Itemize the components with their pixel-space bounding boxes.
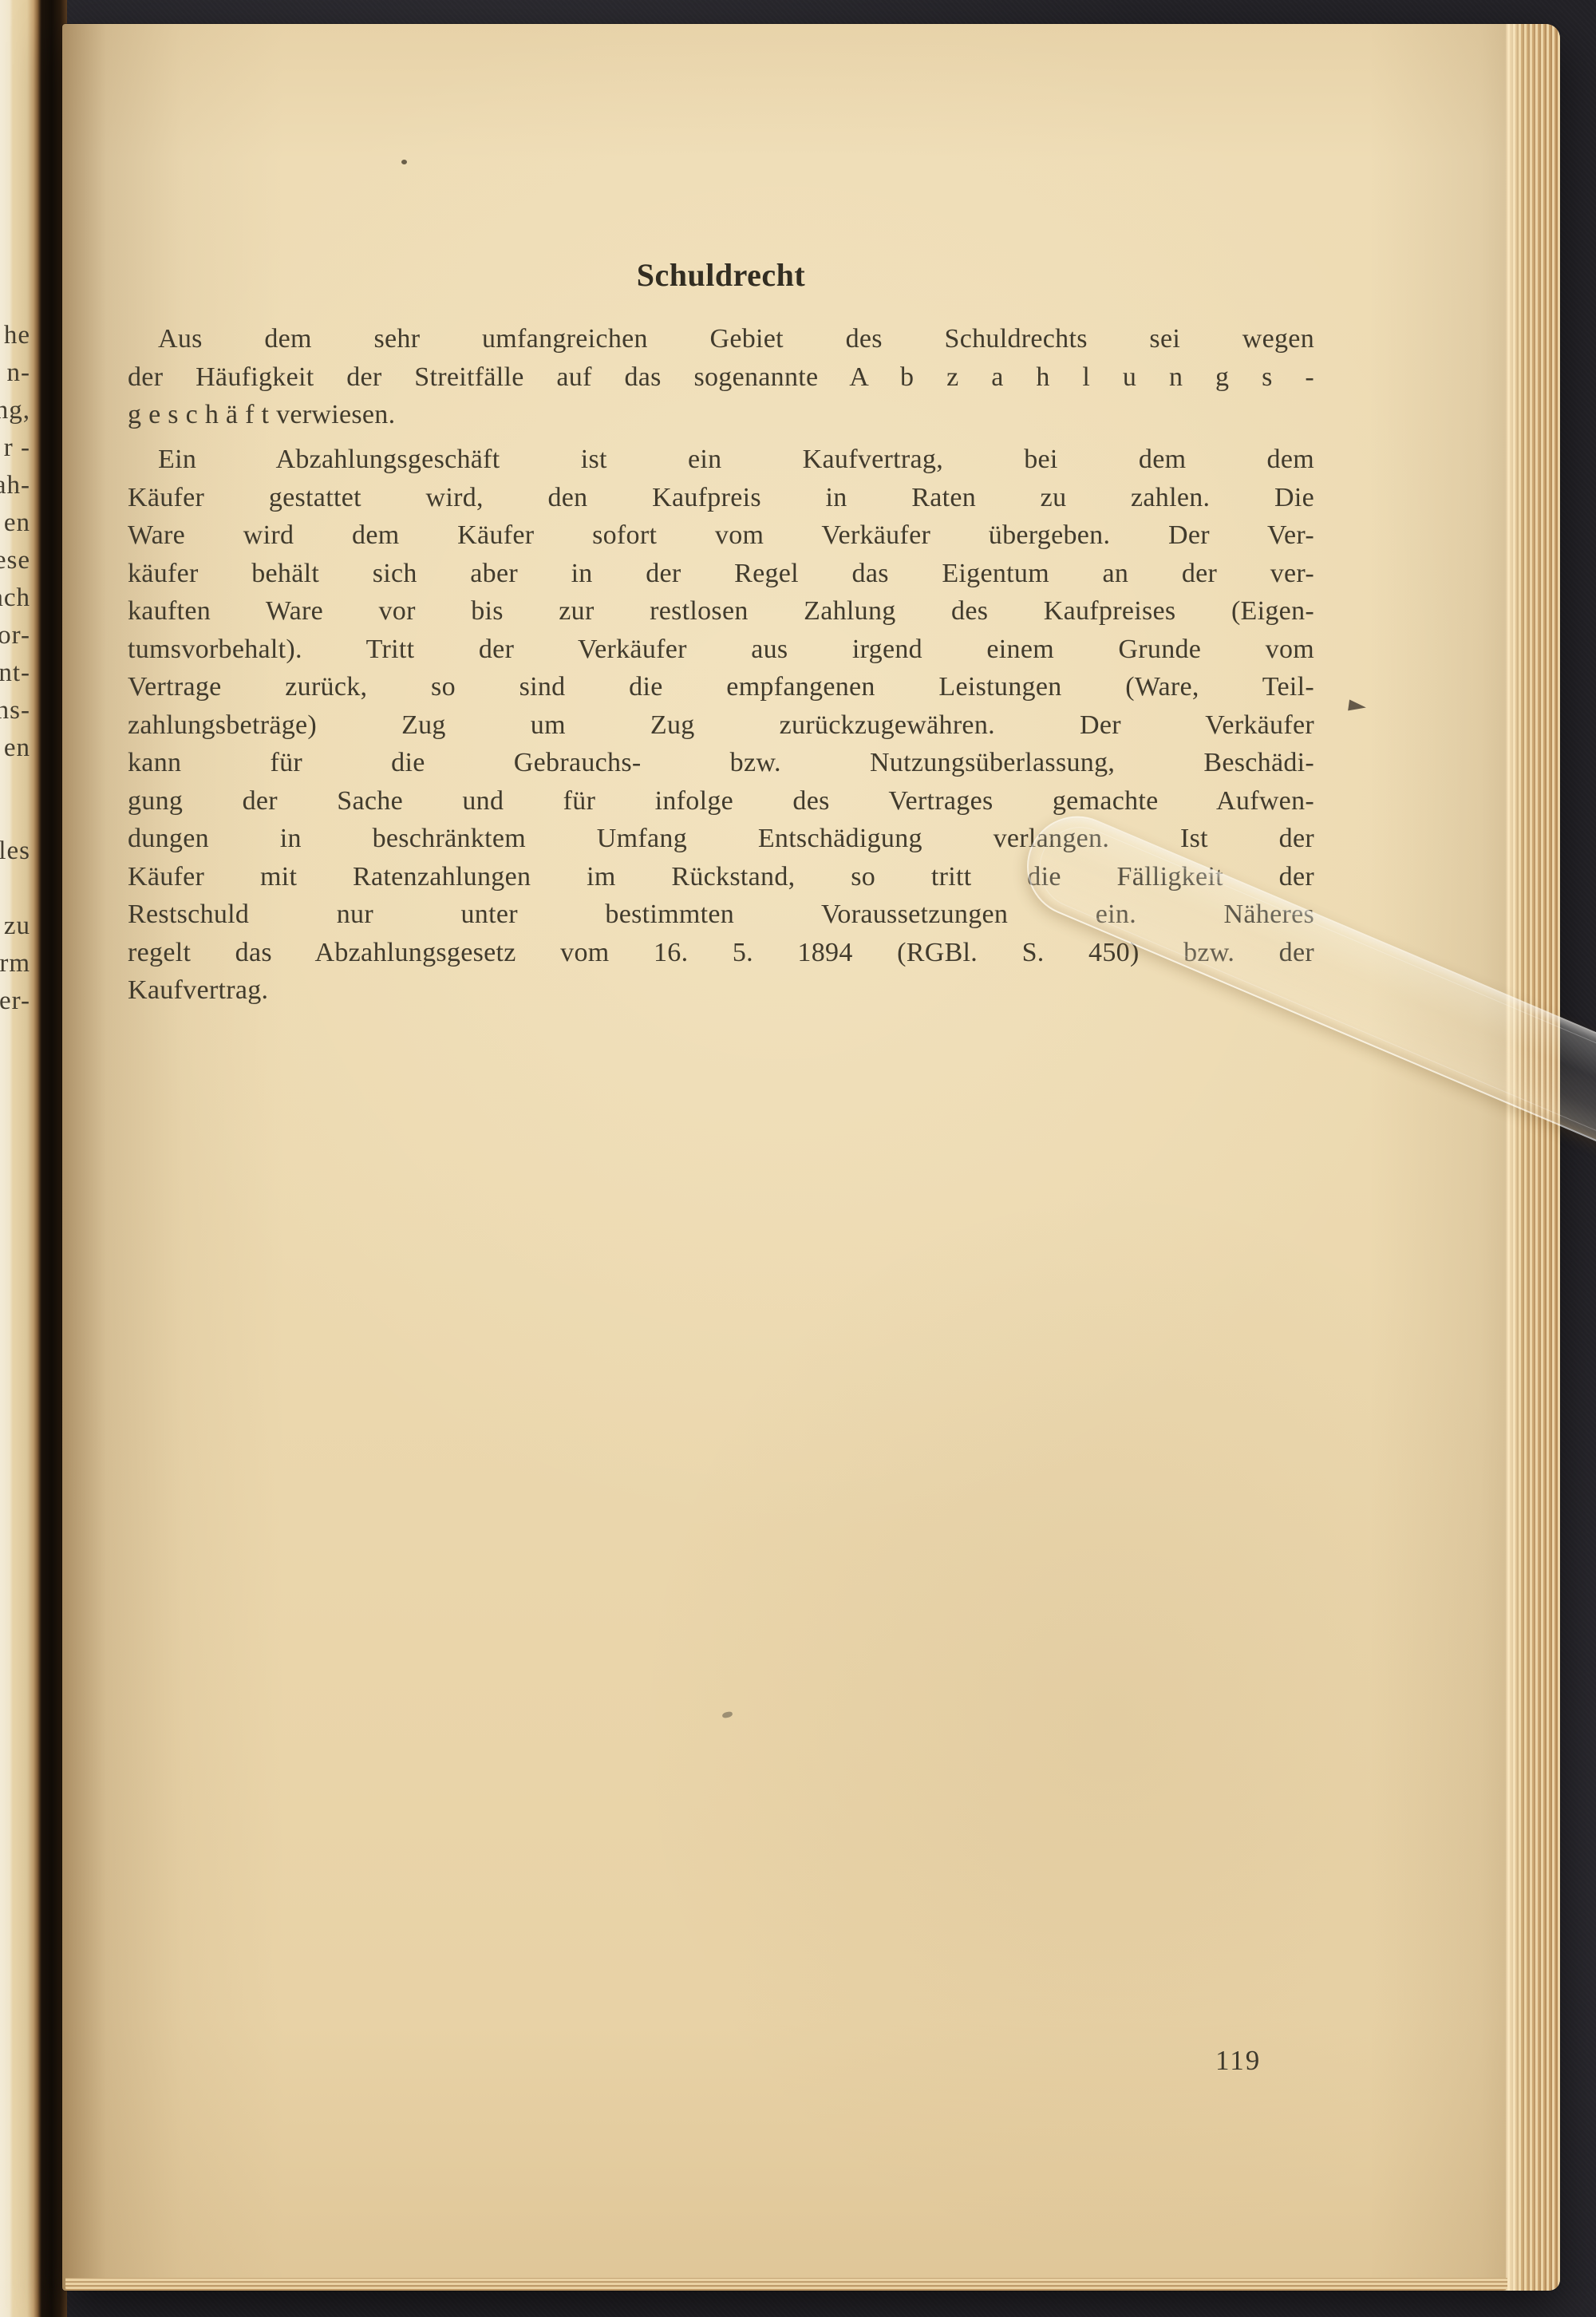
gutter-text-fragment: rm bbox=[0, 947, 30, 979]
text-line: tumsvorbehalt). Tritt der Verkäufer aus … bbox=[128, 631, 1314, 669]
paper-speck bbox=[721, 1710, 733, 1718]
gutter-text-fragment: ns- bbox=[0, 694, 30, 726]
text-line: käufer behält sich aber in der Regel das… bbox=[128, 555, 1314, 593]
page-fore-edge bbox=[1506, 24, 1560, 2291]
adjacent-page-edge: he n- ng, r - ah- en ese ach or- nt- ns-… bbox=[0, 0, 41, 2317]
ink-mark bbox=[1348, 700, 1367, 714]
text-line: Ware wird dem Käufer sofort vom Verkäufe… bbox=[128, 516, 1314, 555]
text-line: kann für die Gebrauchs- bzw. Nutzungsübe… bbox=[128, 744, 1314, 782]
text-line: Aus dem sehr umfangreichen Gebiet des Sc… bbox=[128, 320, 1314, 358]
text-line: Kaufvertrag. bbox=[128, 971, 1314, 1010]
text-line: zahlungsbeträge) Zug um Zug zurückzugewä… bbox=[128, 706, 1314, 745]
gutter-text-fragment: zu bbox=[4, 910, 30, 942]
gutter-text-fragment: or- bbox=[0, 619, 30, 651]
gutter-text-fragment: en bbox=[4, 732, 30, 764]
gutter-text-fragment: he bbox=[4, 319, 30, 351]
gutter-text-fragment: ng, bbox=[0, 394, 30, 426]
text-line: Ein Abzahlungsgeschäft ist ein Kaufvertr… bbox=[128, 441, 1314, 479]
book-page: Schuldrecht Aus dem sehr umfangreichen G… bbox=[62, 24, 1560, 2291]
section-heading: Schuldrecht bbox=[128, 256, 1314, 295]
text-line: gung der Sache und für infolge des Vertr… bbox=[128, 782, 1314, 820]
gutter-text-fragment: les bbox=[0, 835, 30, 867]
text-line: g e s c h ä f t verwiesen. bbox=[128, 396, 1314, 434]
gutter-text-fragment: ah- bbox=[0, 469, 30, 501]
text-line: Vertrage zurück, so sind die empfangenen… bbox=[128, 668, 1314, 706]
photo-of-book-page: { "page": { "title": "Schuldrecht", "pag… bbox=[0, 0, 1596, 2317]
text-line: Käufer gestattet wird, den Kaufpreis in … bbox=[128, 479, 1314, 517]
gutter-text-fragment: er- bbox=[0, 985, 30, 1017]
page-number: 119 bbox=[1215, 2045, 1261, 2077]
gutter-text-fragment: en bbox=[4, 507, 30, 539]
text-line: kauften Ware vor bis zur restlosen Zahlu… bbox=[128, 592, 1314, 631]
page-bottom-edge bbox=[65, 2278, 1507, 2291]
paragraph-intro: Aus dem sehr umfangreichen Gebiet des Sc… bbox=[128, 320, 1314, 434]
paper-speck bbox=[401, 160, 407, 164]
gutter-text-fragment: nt- bbox=[0, 657, 30, 689]
gutter-text-fragment: ese bbox=[0, 544, 30, 576]
gutter-text-fragment: ach bbox=[0, 582, 30, 614]
gutter-text-fragment: n- bbox=[7, 357, 31, 389]
text-line: der Häufigkeit der Streitfälle auf das s… bbox=[128, 358, 1314, 397]
gutter-text-fragment: r - bbox=[4, 432, 30, 464]
